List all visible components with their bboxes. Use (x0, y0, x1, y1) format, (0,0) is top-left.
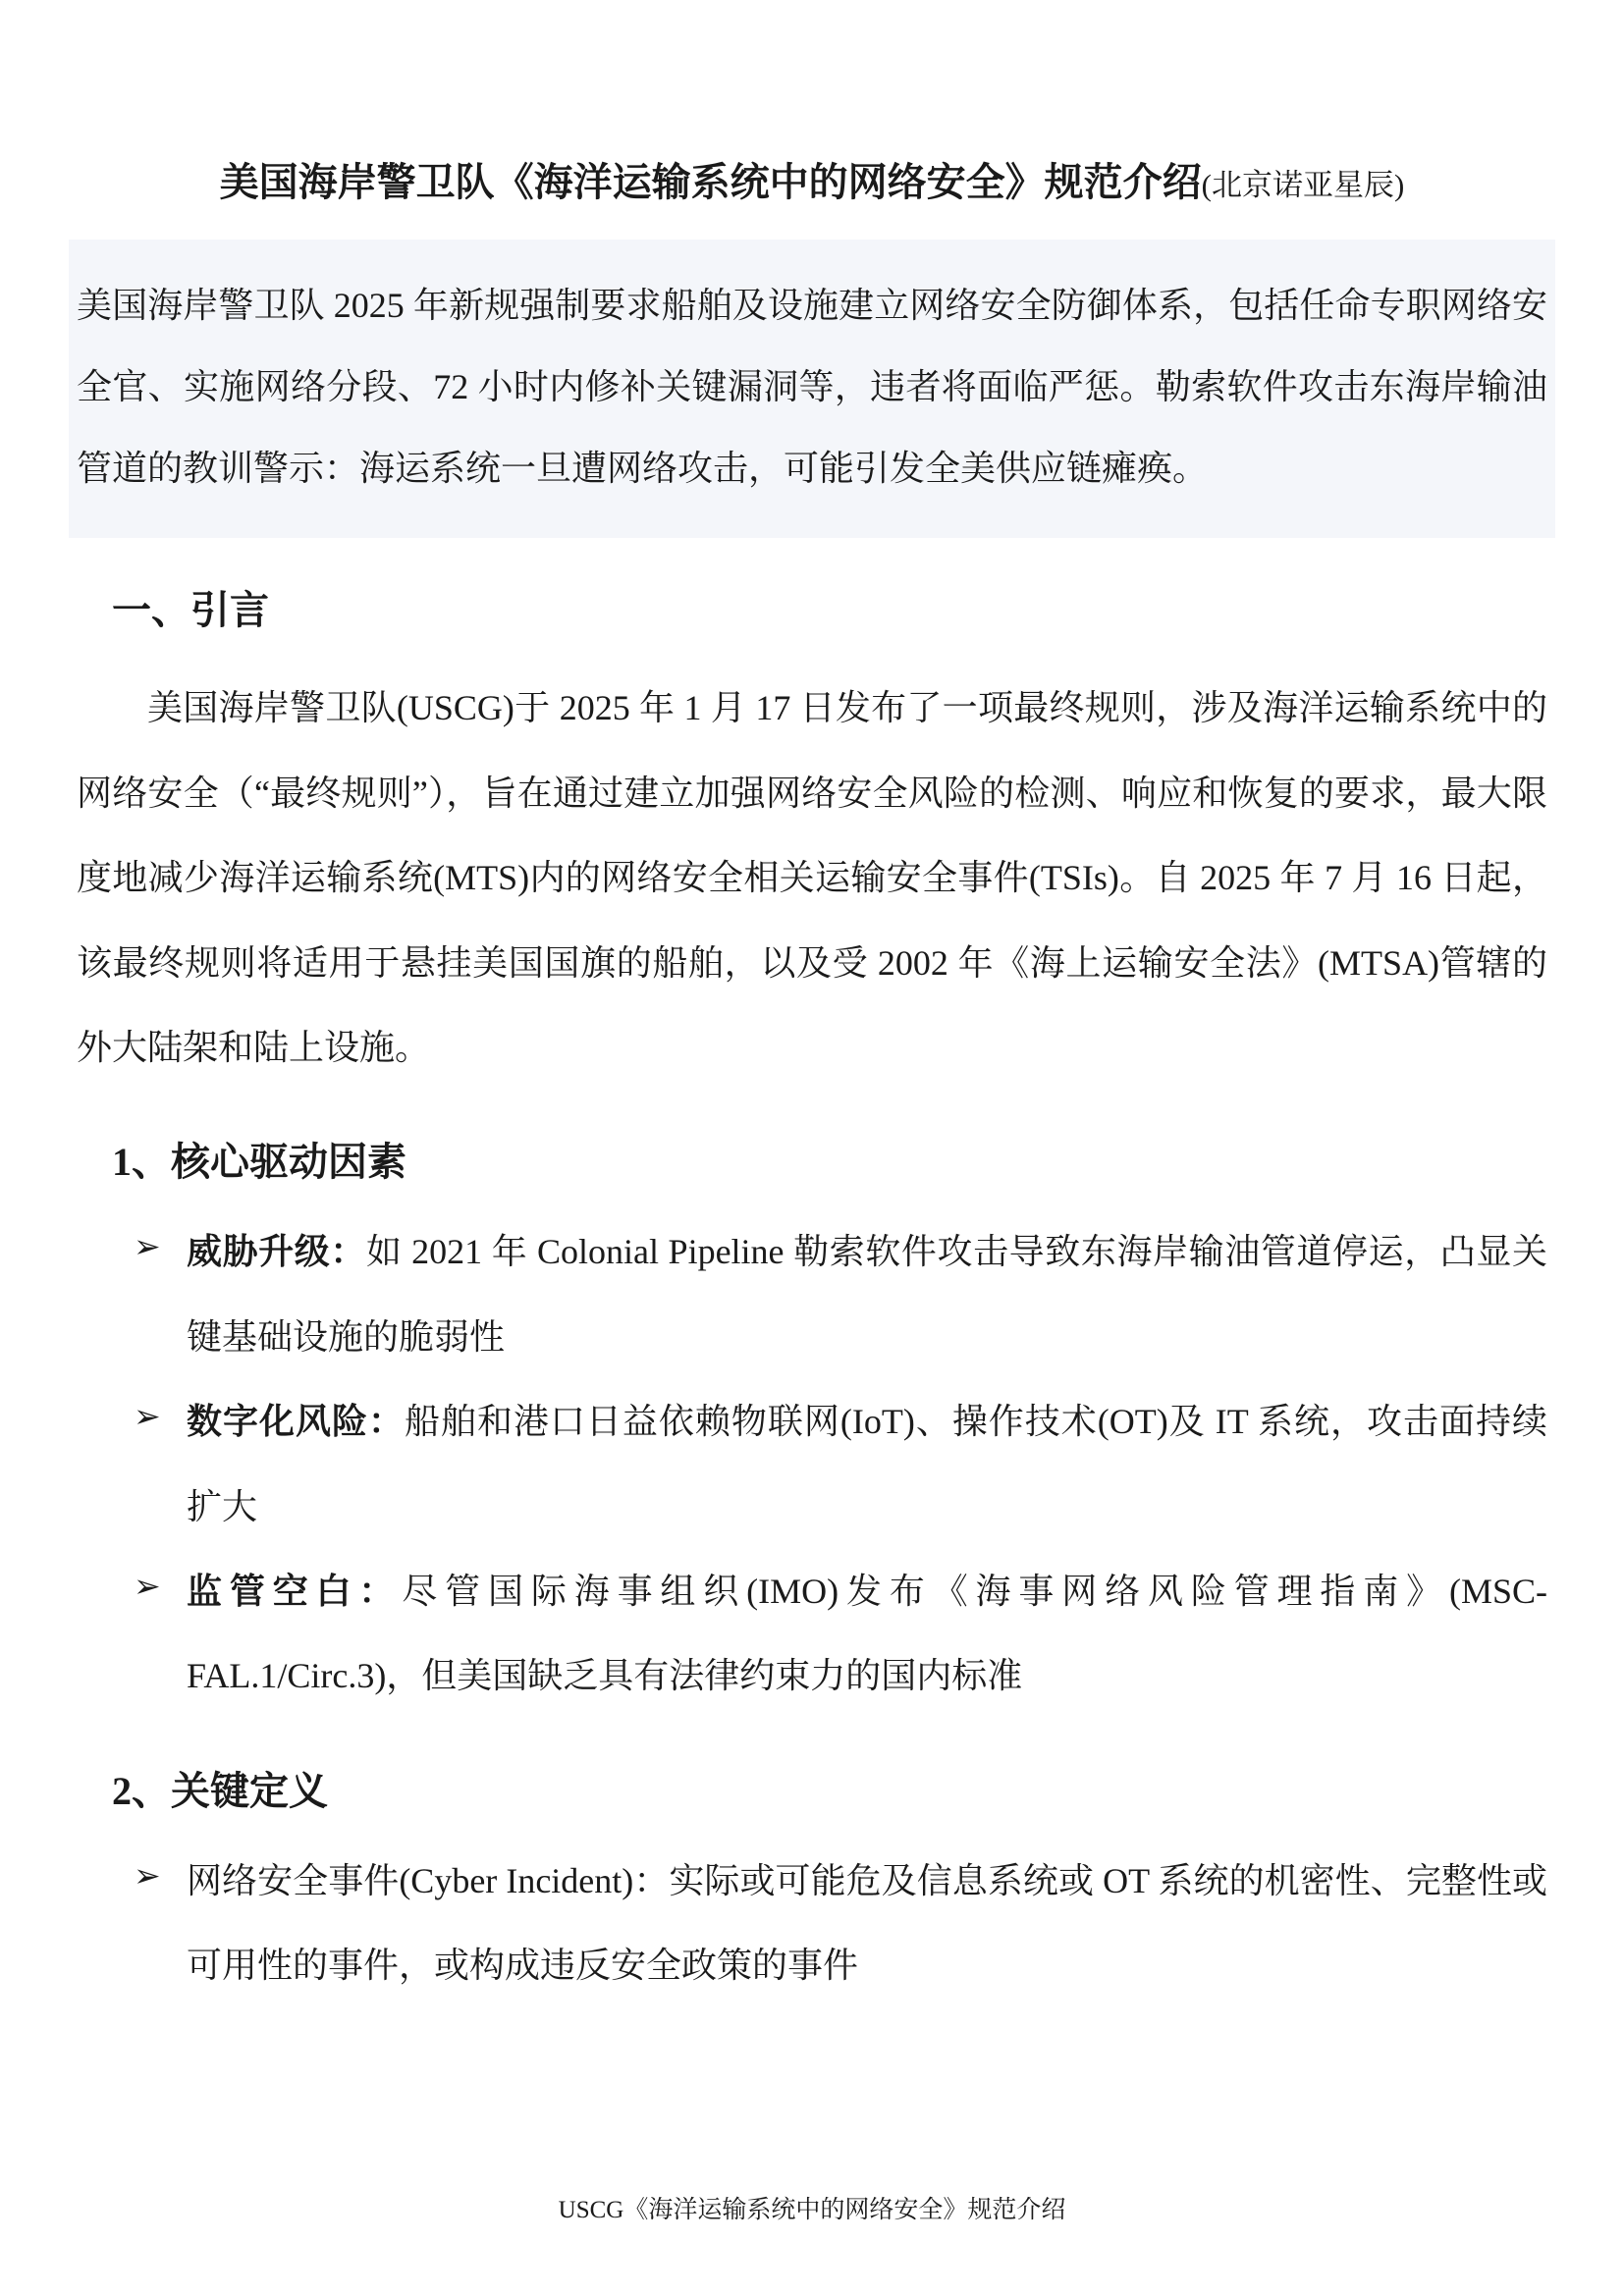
bullet-item-threat: ➢威胁升级：如 2021 年 Colonial Pipeline 勒索软件攻击导… (77, 1209, 1547, 1379)
bullet-text-threat: 如 2021 年 Colonial Pipeline 勒索软件攻击导致东海岸输油… (187, 1232, 1547, 1356)
bullet-item-cyber-incident: ➢网络安全事件(Cyber Incident)：实际或可能危及信息系统或 OT … (77, 1839, 1547, 2008)
bullet-item-regulatory-gap: ➢监管空白：尽管国际海事组织(IMO)发布《海事网络风险管理指南》(MSC-FA… (77, 1549, 1547, 1719)
summary-text: 美国海岸警卫队 2025 年新规强制要求船舶及设施建立网络安全防御体系，包括任命… (77, 286, 1547, 488)
section-heading-intro: 一、引言 (112, 581, 1547, 640)
arrowhead-bullet-icon: ➢ (134, 1549, 161, 1627)
page-footer: USCG《海洋运输系统中的网络安全》规范介绍 (0, 2190, 1624, 2225)
page-title: 美国海岸警卫队《海洋运输系统中的网络安全》规范介绍(北京诺亚星辰) (77, 0, 1547, 210)
page-title-main: 美国海岸警卫队《海洋运输系统中的网络安全》规范介绍 (220, 160, 1202, 204)
bullet-lead-threat: 威胁升级： (187, 1232, 366, 1271)
arrowhead-bullet-icon: ➢ (134, 1379, 161, 1457)
bullet-text-cyber-incident: 网络安全事件(Cyber Incident)：实际或可能危及信息系统或 OT 系… (187, 1861, 1547, 1985)
bullet-lead-regulatory-gap: 监管空白： (187, 1572, 402, 1611)
bullet-lead-digital-risk: 数字化风险： (187, 1402, 405, 1441)
section-heading-drivers: 1、核心驱动因素 (112, 1133, 1547, 1192)
intro-paragraph: 美国海岸警卫队(USCG)于 2025 年 1 月 17 日发布了一项最终规则，… (77, 666, 1547, 1090)
document-content: 美国海岸警卫队《海洋运输系统中的网络安全》规范介绍(北京诺亚星辰) 美国海岸警卫… (77, 0, 1547, 2007)
section-heading-definitions: 2、关键定义 (112, 1762, 1547, 1821)
drivers-bullet-list: ➢威胁升级：如 2021 年 Colonial Pipeline 勒索软件攻击导… (77, 1209, 1547, 1718)
definitions-bullet-list: ➢网络安全事件(Cyber Incident)：实际或可能危及信息系统或 OT … (77, 1839, 1547, 2008)
page-title-org: (北京诺亚星辰) (1202, 168, 1405, 202)
document-page: 美国海岸警卫队《海洋运输系统中的网络安全》规范介绍(北京诺亚星辰) 美国海岸警卫… (0, 0, 1624, 2296)
bullet-item-digital-risk: ➢数字化风险：船舶和港口日益依赖物联网(IoT)、操作技术(OT)及 IT 系统… (77, 1379, 1547, 1549)
arrowhead-bullet-icon: ➢ (134, 1839, 161, 1916)
arrowhead-bullet-icon: ➢ (134, 1209, 161, 1287)
summary-highlight-box: 美国海岸警卫队 2025 年新规强制要求船舶及设施建立网络安全防御体系，包括任命… (69, 240, 1555, 538)
